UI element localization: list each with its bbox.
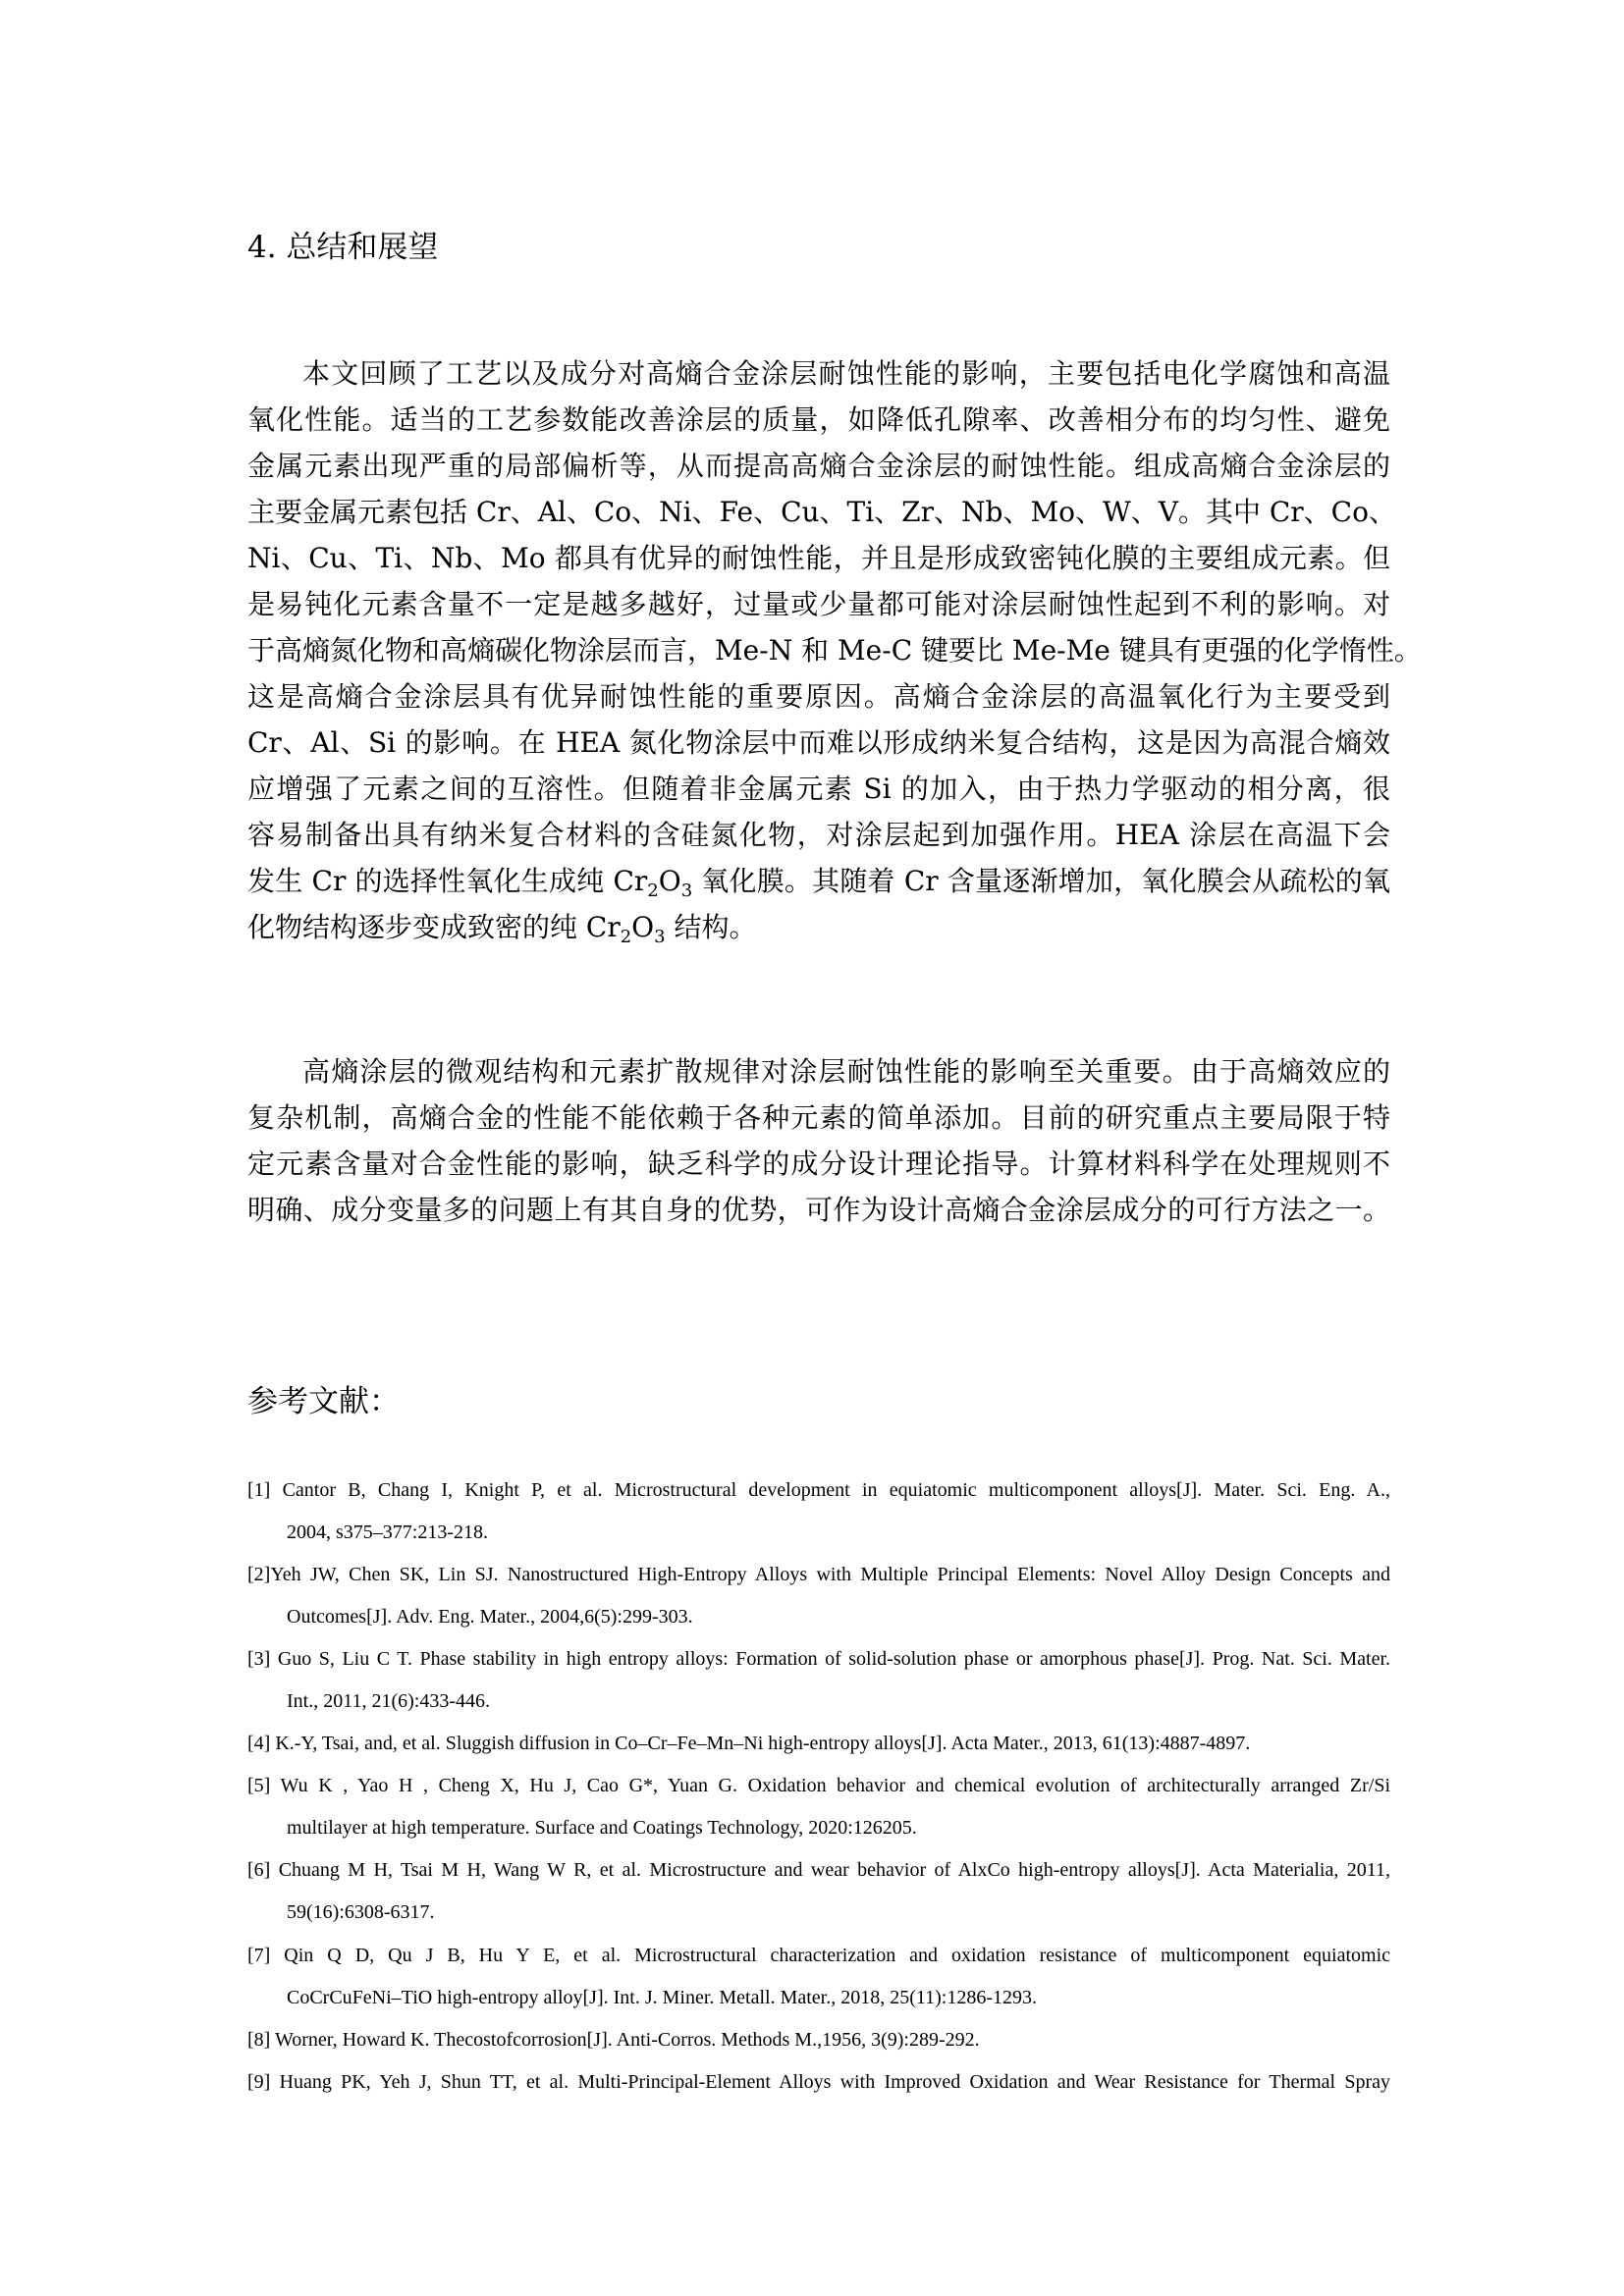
reference-line: [9] Huang PK, Yeh J, Shun TT, et al. Mul… [247,2068,1390,2096]
reference-line: [6] Chuang M H, Tsai M H, Wang W R, et a… [247,1856,1390,1884]
paragraph-line: 这是高熵合金涂层具有优异耐蚀性能的重要原因。高熵合金涂层的高温氧化行为主要受到 [247,677,1390,717]
reference-line: [1] Cantor B, Chang I, Knight P, et al. … [247,1476,1390,1504]
paragraph-line: 本文回顾了工艺以及成分对高熵合金涂层耐蚀性能的影响，主要包括电化学腐蚀和高温 [302,354,1390,394]
paragraph-line: 应增强了元素之间的互溶性。但随着非金属元素 Si 的加入，由于热力学驱动的相分离… [247,770,1390,809]
text-run: 结构。 [666,911,757,943]
reference-line: multilayer at high temperature. Surface … [287,1814,1390,1842]
paragraph-line: 氧化性能。适当的工艺参数能改善涂层的质量，如降低孔隙率、改善相分布的均匀性、避免 [247,400,1390,440]
paragraph-line-with-formula: 化物结构逐步变成致密的纯 Cr2O3 结构。 [247,908,1390,947]
reference-line: Int., 2011, 21(6):433-446. [287,1687,1390,1715]
reference-line: CoCrCuFeNi–TiO high-entropy alloy[J]. In… [287,1984,1390,2011]
reference-line: [3] Guo S, Liu C T. Phase stability in h… [247,1645,1390,1673]
reference-line: [8] Worner, Howard K. Thecostofcorrosion… [247,2026,1390,2054]
paragraph-line: 金属元素出现严重的局部偏析等，从而提高高熵合金涂层的耐蚀性能。组成高熵合金涂层的 [247,447,1390,486]
reference-line: 2004, s375–377:213-218. [287,1519,1390,1546]
subscript: 3 [654,927,665,947]
subscript: 2 [647,881,658,901]
text-run: 发生 Cr 的选择性氧化生成纯 Cr [247,865,647,897]
paragraph-line: 容易制备出具有纳米复合材料的含硅氮化物，对涂层起到加强作用。HEA 涂层在高温下… [247,816,1390,855]
paragraph-line: 复杂机制，高熵合金的性能不能依赖于各种元素的简单添加。目前的研究重点主要局限于特 [247,1098,1390,1138]
text-run: 化物结构逐步变成致密的纯 Cr [247,911,621,943]
reference-line: 59(16):6308-6317. [287,1898,1390,1926]
paragraph-line: 是易钝化元素含量不一定是越多越好，过量或少量都可能对涂层耐蚀性起到不利的影响。对 [247,585,1390,624]
text-run: O [659,865,681,897]
reference-line: [5] Wu K , Yao H , Cheng X, Hu J, Cao G*… [247,1772,1390,1799]
subscript: 3 [681,881,692,901]
reference-line: [4] K.-Y, Tsai, and, et al. Sluggish dif… [247,1730,1390,1757]
paragraph-line: 定元素含量对合金性能的影响，缺乏科学的成分设计理论指导。计算材料科学在处理规则不 [247,1145,1390,1184]
paragraph-line: 于高熵氮化物和高熵碳化物涂层而言，Me-N 和 Me-C 键要比 Me-Me 键… [247,631,1390,670]
text-run: O [631,911,654,943]
reference-line: Outcomes[J]. Adv. Eng. Mater., 2004,6(5)… [287,1603,1390,1630]
paragraph-line: 高熵涂层的微观结构和元素扩散规律对涂层耐蚀性能的影响至关重要。由于高熵效应的 [302,1052,1390,1092]
paragraph-line: Ni、Cu、Ti、Nb、Mo 都具有优异的耐蚀性能，并且是形成致密钝化膜的主要组… [247,539,1390,578]
document-page: 4. 总结和展望 本文回顾了工艺以及成分对高熵合金涂层耐蚀性能的影响，主要包括电… [0,0,1624,2296]
reference-line: [2]Yeh JW, Chen SK, Lin SJ. Nanostructur… [247,1561,1390,1588]
references-title: 参考文献： [247,1382,400,1421]
section-title: 4. 总结和展望 [247,228,438,267]
paragraph-line-with-formula: 发生 Cr 的选择性氧化生成纯 Cr2O3 氧化膜。其随着 Cr 含量逐渐增加，… [247,862,1390,901]
paragraph-line: 主要金属元素包括 Cr、Al、Co、Ni、Fe、Cu、Ti、Zr、Nb、Mo、W… [247,493,1390,532]
text-run: 氧化膜。其随着 Cr 含量逐渐增加，氧化膜会从疏松的氧 [692,865,1390,897]
paragraph-line: 明确、成分变量多的问题上有其自身的优势，可作为设计高熵合金涂层成分的可行方法之一… [247,1191,1390,1230]
paragraph-line: Cr、Al、Si 的影响。在 HEA 氮化物涂层中而难以形成纳米复合结构，这是因… [247,723,1390,763]
subscript: 2 [621,927,631,947]
reference-line: [7] Qin Q D, Qu J B, Hu Y E, et al. Micr… [247,1942,1390,1969]
